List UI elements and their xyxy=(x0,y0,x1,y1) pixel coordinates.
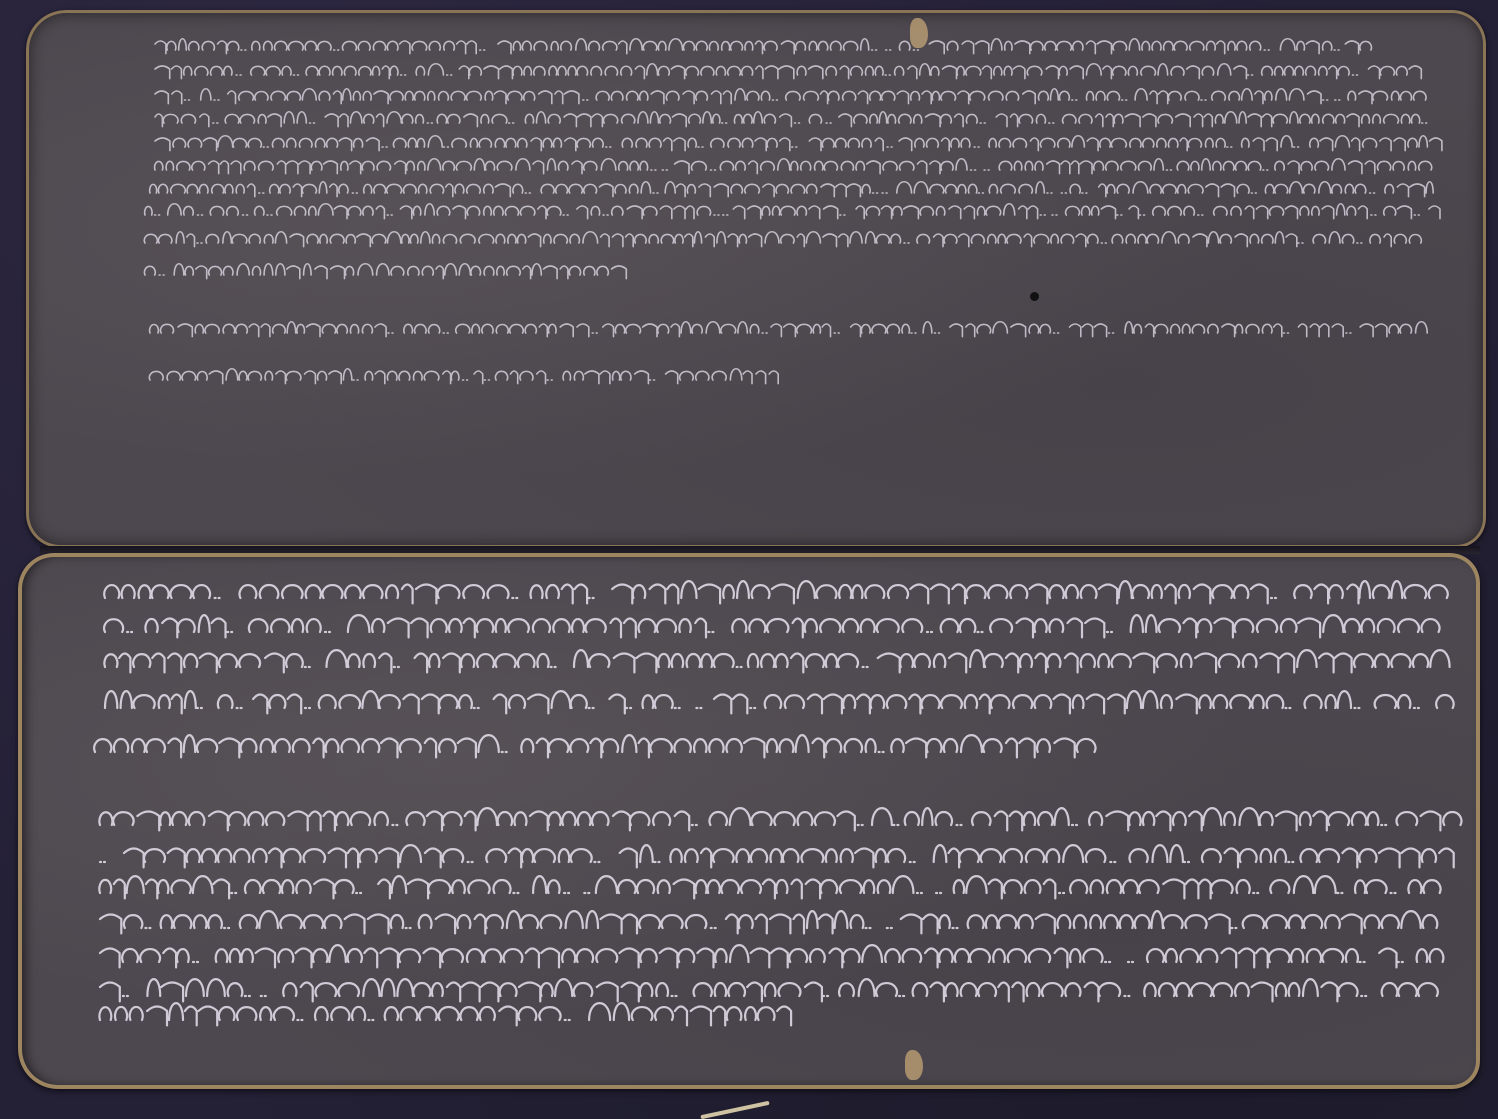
manuscript-panel-bottom xyxy=(18,553,1480,1089)
manuscript-panel-top xyxy=(26,10,1486,548)
paper-hole xyxy=(1030,292,1039,301)
paper-damage-mark xyxy=(905,1050,923,1080)
paper-damage-mark xyxy=(910,18,928,48)
